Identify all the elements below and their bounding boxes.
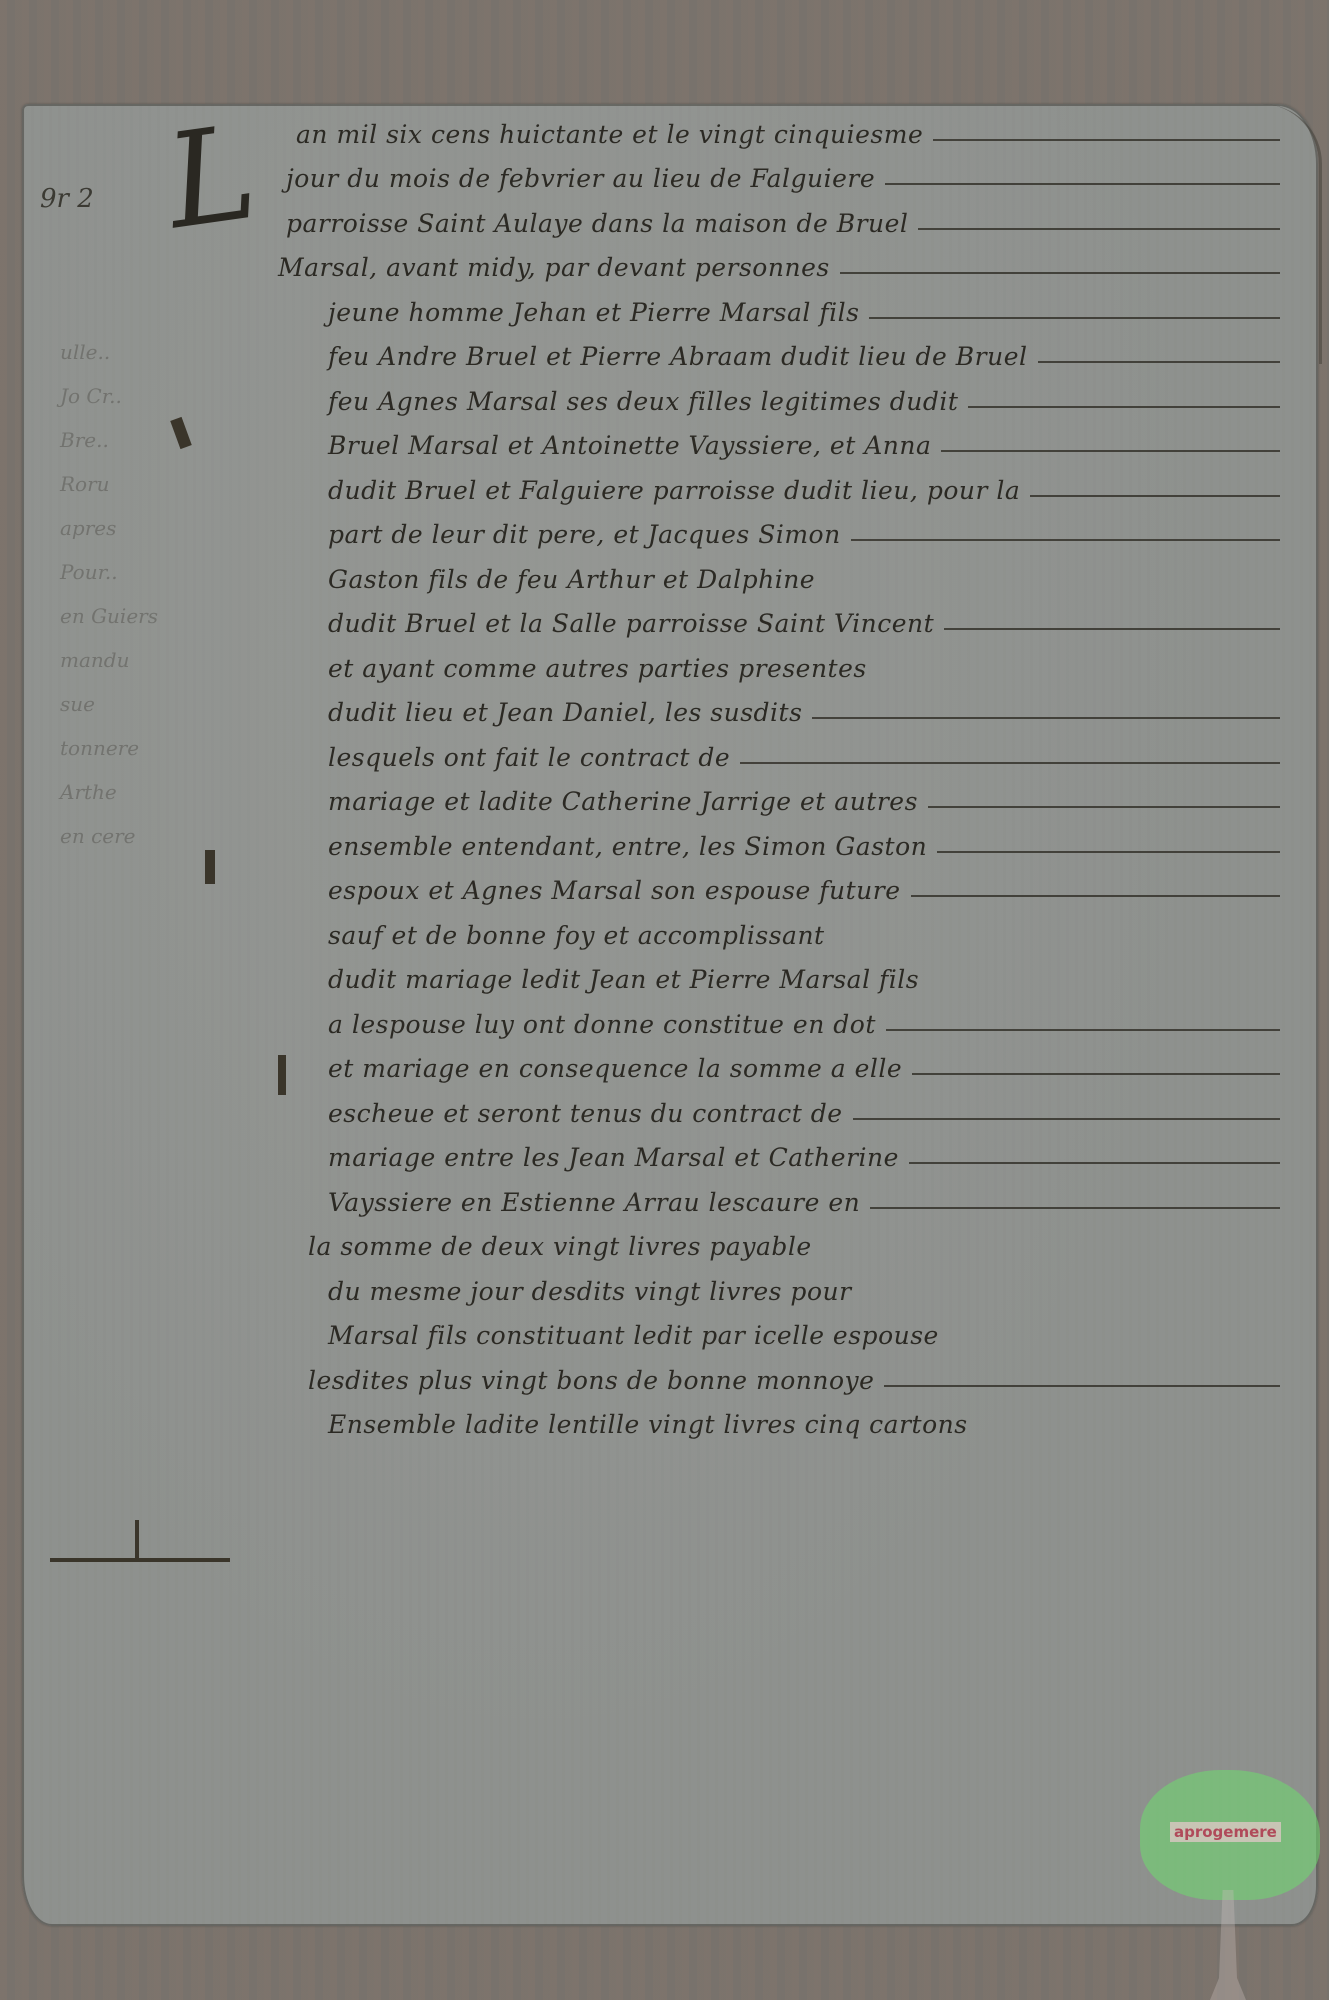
bleed-through-text: ulle.. Jo Cr.. Bre.. Roru apres Pour.. e… bbox=[60, 330, 270, 858]
text-line: mariage entre les Jean Marsal et Catheri… bbox=[268, 1128, 1288, 1173]
text-line: Gaston fils de feu Arthur et Dalphine bbox=[268, 549, 1288, 594]
text-line: dudit lieu et Jean Daniel, les susdits bbox=[268, 683, 1288, 728]
text-line: Vayssiere en Estienne Arrau lescaure en bbox=[268, 1172, 1288, 1217]
text-line: dudit Bruel et Falguiere parroisse dudit… bbox=[268, 460, 1288, 505]
text-line: lesdites plus vingt bons de bonne monnoy… bbox=[268, 1350, 1288, 1395]
text-line: jeune homme Jehan et Pierre Marsal fils bbox=[268, 282, 1288, 327]
manuscript-text: an mil six cens huictante et le vingt ci… bbox=[268, 104, 1288, 1439]
text-line: ensemble entendant, entre, les Simon Gas… bbox=[268, 816, 1288, 861]
margin-mark bbox=[205, 850, 215, 884]
text-line: sauf et de bonne foy et accomplissant bbox=[268, 905, 1288, 950]
text-line: et mariage en consequence la somme a ell… bbox=[268, 1039, 1288, 1084]
text-line: la somme de deux vingt livres payable bbox=[268, 1217, 1288, 1262]
text-line: Marsal fils constituant ledit par icelle… bbox=[268, 1306, 1288, 1351]
text-line: dudit Bruel et la Salle parroisse Saint … bbox=[268, 594, 1288, 639]
text-line: a lespouse luy ont donne constitue en do… bbox=[268, 994, 1288, 1039]
tree-trunk-icon bbox=[1210, 1890, 1246, 2000]
text-line: parroisse Saint Aulaye dans la maison de… bbox=[268, 193, 1288, 238]
folio-number: 9r 2 bbox=[40, 184, 94, 214]
decorated-initial: L bbox=[159, 107, 263, 248]
text-line: et ayant comme autres parties presentes bbox=[268, 638, 1288, 683]
margin-mark bbox=[50, 1558, 230, 1562]
text-line: lesquels ont fait le contract de bbox=[268, 727, 1288, 772]
text-line: Bruel Marsal et Antoinette Vayssiere, et… bbox=[268, 416, 1288, 461]
watermark-label: aprogemere bbox=[1170, 1822, 1281, 1842]
aprogemere-watermark: aprogemere bbox=[1140, 1770, 1320, 2000]
margin-mark bbox=[135, 1520, 139, 1558]
text-line: feu Andre Bruel et Pierre Abraam dudit l… bbox=[268, 327, 1288, 372]
text-line: espoux et Agnes Marsal son espouse futur… bbox=[268, 861, 1288, 906]
text-line: du mesme jour desdits vingt livres pour bbox=[268, 1261, 1288, 1306]
text-line: part de leur dit pere, et Jacques Simon bbox=[268, 505, 1288, 550]
text-line: Ensemble ladite lentille vingt livres ci… bbox=[268, 1395, 1288, 1440]
text-line: dudit mariage ledit Jean et Pierre Marsa… bbox=[268, 950, 1288, 995]
text-line: jour du mois de febvrier au lieu de Falg… bbox=[268, 149, 1288, 194]
text-line: feu Agnes Marsal ses deux filles legitim… bbox=[268, 371, 1288, 416]
text-line: Marsal, avant midy, par devant personnes bbox=[268, 238, 1288, 283]
text-line: an mil six cens huictante et le vingt ci… bbox=[268, 104, 1288, 149]
text-line: mariage et ladite Catherine Jarrige et a… bbox=[268, 772, 1288, 817]
text-line: escheue et seront tenus du contract de bbox=[268, 1083, 1288, 1128]
